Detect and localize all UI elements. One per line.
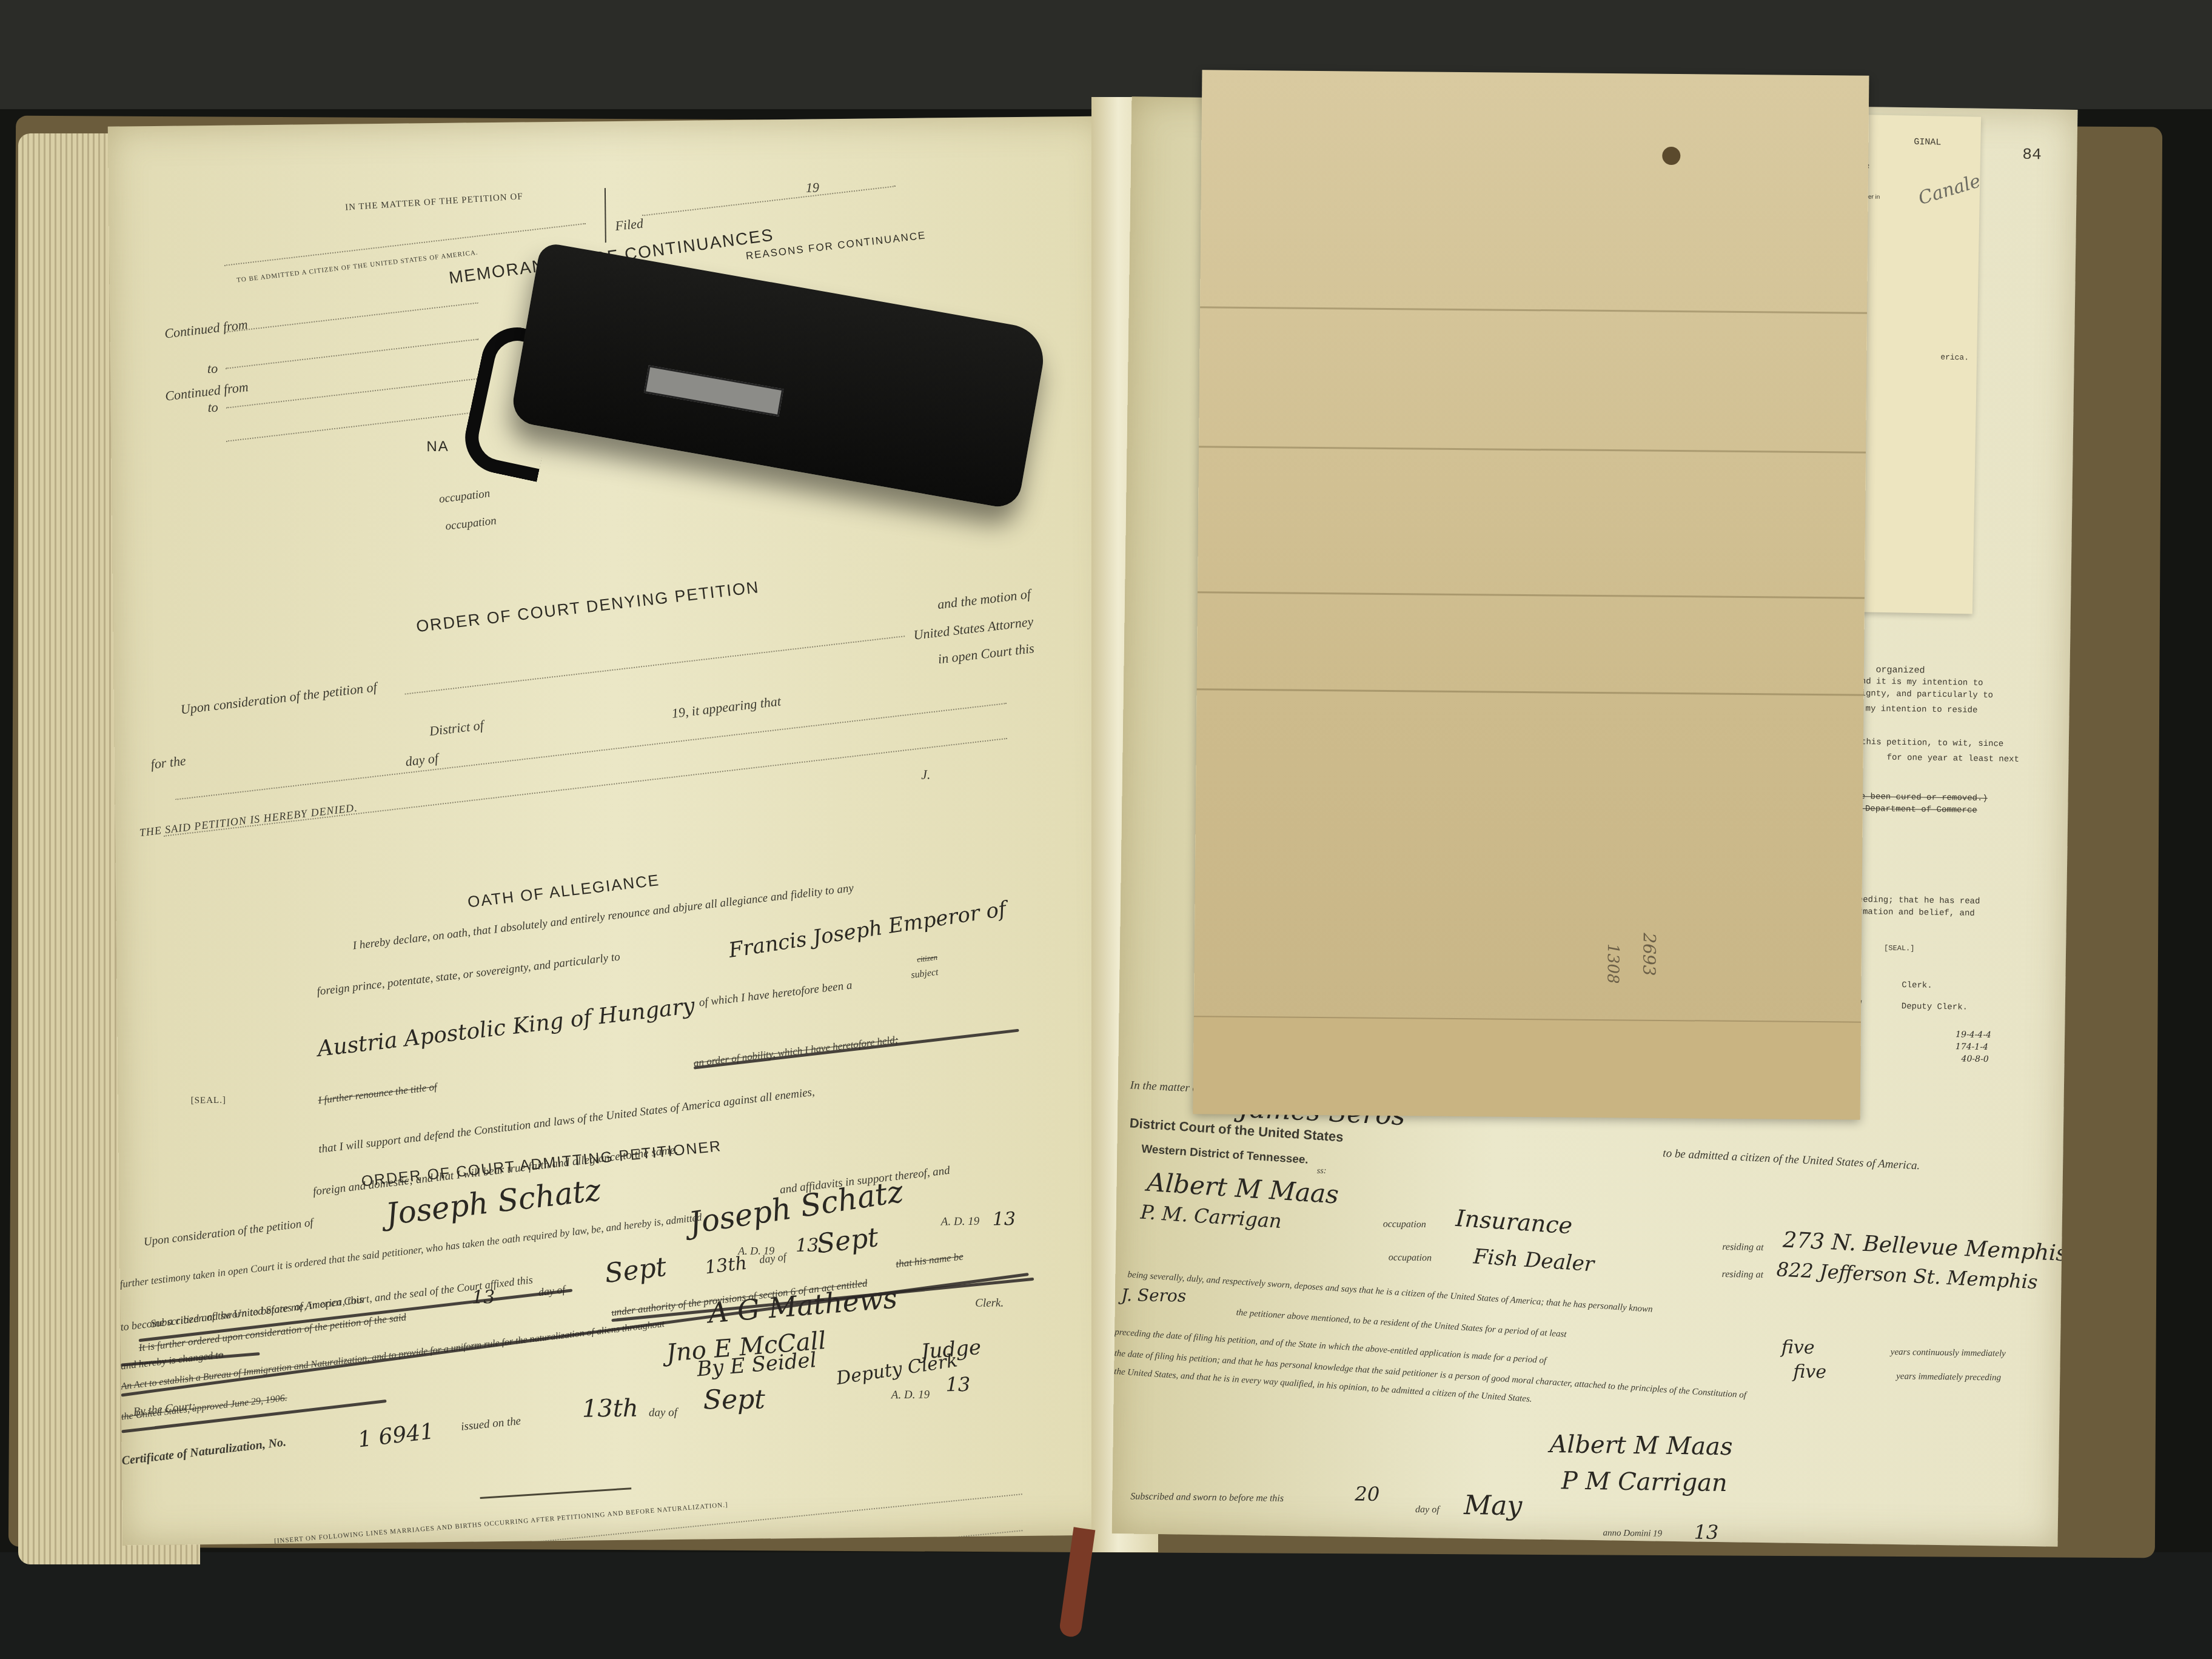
issued-month: Sept	[703, 1384, 766, 1415]
issued-day: 13th	[582, 1395, 638, 1423]
insert-note: [INSERT ON FOLLOWING LINES MARRIAGES AND…	[274, 1501, 728, 1545]
envelope-handwritten-number: 2693	[1639, 933, 1660, 976]
to-be-admitted-label: TO BE ADMITTED A CITIZEN OF THE UNITED S…	[236, 249, 478, 284]
margin-calc-3: 40-8-0	[1961, 1054, 1988, 1064]
typed-clerk: Clerk.	[1902, 980, 1932, 991]
envelope-side-number: 1308	[1603, 943, 1622, 984]
continued-line-2	[226, 338, 478, 369]
margin-calc-1: 19-4-4-4	[1956, 1030, 1991, 1040]
punch-hole	[1662, 147, 1680, 165]
affidavit-sworn-day: 20	[1355, 1483, 1379, 1506]
denying-district-label: District of	[429, 717, 484, 739]
margin-calc-2: 174-1-4	[1956, 1042, 1988, 1052]
table-surface-bottom	[0, 1552, 2212, 1659]
envelope-fold	[1199, 446, 1866, 454]
admit-year: 13	[796, 1235, 819, 1256]
oath-line-2-printed: foreign prince, potentate, state, or sov…	[316, 950, 620, 999]
affidavit-day-of: day of	[1415, 1504, 1439, 1516]
issued-on-label: issued on the	[460, 1415, 521, 1434]
ss-label: ss:	[1317, 1167, 1327, 1176]
continued-line-4	[226, 411, 479, 441]
struck-line-1: that his name be	[895, 1250, 964, 1270]
oath-seal-label: [SEAL.]	[191, 1096, 226, 1107]
occupation-label-1: occupation	[438, 487, 491, 506]
section-divider	[480, 1487, 632, 1499]
page-number: 84	[2022, 146, 2042, 164]
affidavit-body-2: the petitioner above mentioned, to be a …	[1236, 1308, 1567, 1340]
envelope-fold	[1197, 688, 1864, 696]
envelope-flap	[1193, 1016, 1860, 1120]
witness2-occupation-label: occupation	[1389, 1252, 1432, 1264]
affidavit-petitioner-repeat: J. Seros	[1121, 1285, 1187, 1305]
names-title-fragment: NA	[426, 438, 449, 455]
affidavit-body-2-tail: years continuously immediately	[1891, 1347, 2006, 1359]
affidavit-sworn-month: May	[1464, 1490, 1523, 1521]
envelope-fold	[1200, 306, 1867, 314]
admit-day: 13	[472, 1287, 495, 1308]
occupation-label-2: occupation	[444, 514, 497, 534]
affidavit-sworn-label: Subscribed and sworn to before me this	[1130, 1491, 1284, 1504]
denying-motion-label: and the motion of	[937, 586, 1032, 613]
oath-renounce-struck: I further renounce the title of	[317, 1081, 437, 1107]
affidavit-anno-domini: anno Domini 19	[1603, 1528, 1662, 1539]
continued-line-1	[225, 302, 478, 332]
admit-petition-of-label: Upon consideration of the petition of	[143, 1216, 314, 1249]
envelope-fold	[1198, 591, 1865, 599]
witness2-signature: P M Carrigan	[1561, 1467, 1728, 1497]
table-surface-top	[0, 0, 2212, 109]
handwritten-name: Canale	[1916, 170, 1983, 209]
oath-sworn-year: 13	[993, 1208, 1016, 1230]
admit-ad: A. D. 19	[738, 1244, 774, 1258]
filed-label: Filed	[614, 215, 644, 233]
issued-year: 13	[945, 1373, 970, 1396]
witness2-name: P. M. Carrigan	[1140, 1201, 1282, 1233]
oath-sworn-month: Sept	[815, 1222, 880, 1259]
oath-title: OATH OF ALLEGIANCE	[466, 871, 660, 911]
denying-for-the-label: for the	[150, 752, 187, 773]
witness2-occupation: Fish Dealer	[1473, 1244, 1595, 1276]
oath-subject-word: subject	[910, 967, 939, 981]
issued-ad: A. D. 19	[891, 1389, 930, 1403]
affidavit-period-2: five	[1793, 1361, 1826, 1383]
typed-one-year: for one year at least next	[1886, 753, 2019, 765]
typed-america: erica.	[1940, 353, 1969, 363]
admit-month: Sept	[603, 1252, 668, 1289]
filed-line	[642, 186, 895, 216]
witness1-occupation: Insurance	[1455, 1205, 1573, 1239]
issued-day-of: day of	[649, 1406, 677, 1419]
certificate-label: Certificate of Naturalization, No.	[121, 1435, 287, 1468]
filed-year: 19	[806, 179, 819, 195]
denying-day-of-label: day of	[404, 750, 439, 769]
witness2-residing-label: residing at	[1721, 1269, 1763, 1281]
affidavit-sworn-year: 13	[1694, 1520, 1718, 1544]
continued-to-1: to	[207, 361, 218, 377]
strike-line	[694, 1029, 1019, 1070]
denying-petitioner-line	[405, 635, 905, 694]
oath-citizen-struck: citizen	[916, 953, 938, 965]
oath-country-handwritten: Austria Apostolic King of Hungary	[316, 993, 696, 1062]
typed-seal: [SEAL.]	[1884, 944, 1915, 953]
affidavit-body-3-tail: years immediately preceding	[1896, 1372, 2001, 1383]
judge-label: Judge	[920, 1335, 982, 1364]
denying-appearing-label: 19, it appearing that	[671, 693, 782, 722]
oath-clerk-label: Clerk.	[975, 1296, 1004, 1310]
oath-sovereign-handwritten: Francis Joseph Emperor of	[727, 897, 1008, 963]
header-bracket	[605, 188, 606, 243]
continued-to-2: to	[208, 400, 218, 415]
witness2-address: 822 Jefferson St. Memphis	[1776, 1258, 2039, 1293]
oath-line-3-printed: of which I have heretofore been a	[699, 979, 853, 1010]
denying-judge-suffix: J.	[921, 767, 931, 783]
witness1-residing-label: residing at	[1722, 1242, 1764, 1253]
witness1-occupation-label: occupation	[1383, 1219, 1426, 1230]
petition-matter-label: IN THE MATTER OF THE PETITION OF	[345, 192, 523, 213]
continued-from-2: Continued from	[164, 379, 249, 404]
continued-from-1: Continued from	[164, 317, 249, 342]
folded-envelope: 2693 1308	[1193, 70, 1869, 1119]
court-stamp-line-2: Western District of Tennessee.	[1141, 1143, 1309, 1167]
original-stamp: GINAL	[1914, 137, 1941, 148]
adapter-label	[644, 365, 784, 417]
denying-open-court-label: in open Court this	[937, 640, 1035, 667]
certificate-number: 1 6941	[357, 1419, 435, 1452]
denying-petition-of-label: Upon consideration of the petition of	[179, 679, 378, 717]
continued-line-3	[226, 378, 479, 408]
denying-order-title: ORDER OF COURT DENYING PETITION	[415, 578, 760, 636]
affidavit-body-1: being severally, duly, and respectively …	[1127, 1270, 1653, 1315]
oath-ad-prefix: A. D. 19	[941, 1215, 980, 1229]
affidavit-period-1: five	[1781, 1336, 1815, 1358]
denying-attorney-label: United States Attorney	[913, 614, 1034, 643]
typed-organized: organized	[1875, 665, 1925, 675]
typed-deputy-clerk: Deputy Clerk.	[1902, 1002, 1968, 1013]
petition-denied-text: THE SAID PETITION IS HEREBY DENIED.	[139, 802, 358, 839]
witness1-signature: Albert M Maas	[1549, 1430, 1732, 1461]
admit-citizen-text: to be admitted a citizen of the United S…	[1663, 1147, 1920, 1173]
